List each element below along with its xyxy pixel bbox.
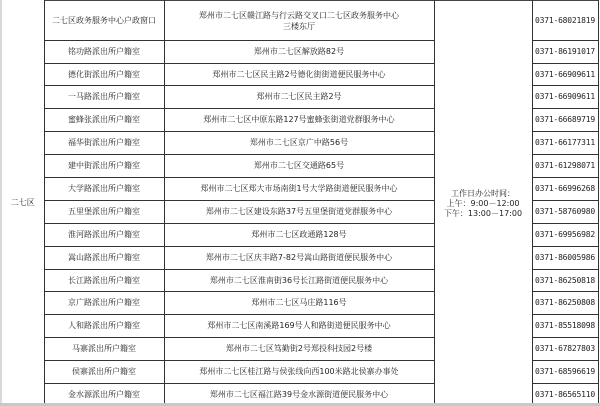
- station-name: 五里堡派出所户籍室: [68, 207, 140, 216]
- station-cell: 福华街派出所户籍室: [44, 132, 164, 155]
- table-row: 二七区二七区政务服务中心户政窗口郑州市二七区赣江路与行云路交叉口二七区政务服务中…: [2, 1, 598, 41]
- station-name: 京广路派出所户籍室: [68, 298, 140, 307]
- phone-cell: 0371-86250818: [532, 270, 598, 292]
- phone-number: 0371-86191017: [535, 47, 595, 56]
- address-cell: 郑州市二七区民主路2号德化街街道便民服务中心: [164, 64, 434, 86]
- address-cell: 郑州市二七区京广中路56号: [164, 132, 434, 155]
- phone-number: 0371-66996268: [535, 184, 595, 193]
- address-cell: 郑州市二七区建设东路37号五里堡街道党群服务中心: [164, 201, 434, 224]
- phone-cell: 0371-68596619: [532, 361, 598, 384]
- address-cell: 郑州市二七区政通路128号: [164, 224, 434, 247]
- district-name: 二七区: [11, 198, 35, 207]
- station-cell: 蜜蜂张派出所户籍室: [44, 109, 164, 132]
- station-cell: 人和路派出所户籍室: [44, 315, 164, 338]
- address-cell: 郑州市二七区南溪路169号人和路街道便民服务中心: [164, 315, 434, 338]
- address-text: 郑州市二七区桂江路与侯张线向西100米路北侯寨办事处: [199, 367, 398, 376]
- phone-number: 0371-69956982: [535, 230, 595, 239]
- station-cell: 嵩山路派出所户籍室: [44, 247, 164, 270]
- phone-number: 0371-68596619: [535, 367, 595, 376]
- phone-number: 0371-66689719: [535, 115, 595, 124]
- phone-cell: 0371-85518098: [532, 315, 598, 338]
- phone-cell: 0371-68021819: [532, 1, 598, 41]
- phone-number: 0371-86250818: [535, 276, 595, 285]
- phone-cell: 0371-61298071: [532, 155, 598, 178]
- phone-number: 0371-86565110: [535, 390, 595, 399]
- address-text: 郑州市二七区庆丰路7-82号嵩山路街道便民服务中心: [206, 253, 392, 262]
- phone-cell: 0371-66177311: [532, 132, 598, 155]
- station-cell: 京广路派出所户籍室: [44, 292, 164, 315]
- office-hours-morning: 上午：9:00－12:00: [435, 199, 532, 209]
- address-cell: 郑州市二七区郑大市场南街1号大学路街道便民服务中心: [164, 178, 434, 201]
- phone-number: 0371-86005986: [535, 253, 595, 262]
- station-cell: 淮河路派出所户籍室: [44, 224, 164, 247]
- station-name: 二七区政务服务中心户政窗口: [52, 16, 156, 25]
- address-text: 郑州市二七区马庄路116号: [251, 298, 346, 307]
- station-name: 人和路派出所户籍室: [68, 321, 140, 330]
- phone-cell: 0371-66909611: [532, 64, 598, 86]
- phone-number: 0371-66909611: [535, 92, 595, 101]
- phone-cell: 0371-86250808: [532, 292, 598, 315]
- address-cell: 郑州市二七区民主路2号: [164, 86, 434, 109]
- address-cell: 郑州市二七区解放路82号: [164, 41, 434, 64]
- phone-cell: 0371-86191017: [532, 41, 598, 64]
- phone-cell: 0371-66689719: [532, 109, 598, 132]
- station-cell: 二七区政务服务中心户政窗口: [44, 1, 164, 41]
- station-name: 长江路派出所户籍室: [68, 276, 140, 285]
- phone-number: 0371-61298071: [535, 161, 595, 170]
- station-cell: 侯寨派出所户籍室: [44, 361, 164, 384]
- phone-number: 0371-58760980: [535, 207, 595, 216]
- phone-number: 0371-67827803: [535, 344, 595, 353]
- station-cell: 铭功路派出所户籍室: [44, 41, 164, 64]
- phone-number: 0371-68021819: [535, 16, 595, 25]
- address-cell: 郑州市二七区交通路65号: [164, 155, 434, 178]
- station-name: 福华街派出所户籍室: [68, 138, 140, 147]
- station-name: 侯寨派出所户籍室: [72, 367, 136, 376]
- station-name: 铭功路派出所户籍室: [68, 47, 140, 56]
- phone-number: 0371-66177311: [535, 138, 595, 147]
- phone-cell: 0371-69956982: [532, 224, 598, 247]
- office-hours-cell: 工作日办公时间：上午：9:00－12:00下午：13:00－17:00: [434, 1, 532, 406]
- station-name: 金水源派出所户籍室: [68, 390, 140, 399]
- address-text: 郑州市二七区淮南街36号长江路街道便民服务中心: [210, 276, 388, 285]
- address-cell: 郑州市二七区马庄路116号: [164, 292, 434, 315]
- station-cell: 建中街派出所户籍室: [44, 155, 164, 178]
- station-name: 马寨派出所户籍室: [72, 344, 136, 353]
- address-text: 郑州市二七区建设东路37号五里堡街道党群服务中心: [206, 207, 392, 216]
- address-cell: 郑州市二七区庆丰路7-82号嵩山路街道便民服务中心: [164, 247, 434, 270]
- address-text: 郑州市二七区京广中路56号: [250, 138, 348, 147]
- address-cell: 郑州市二七区笃勤街2号郑投科技园2号楼: [164, 338, 434, 361]
- station-cell: 一马路派出所户籍室: [44, 86, 164, 109]
- office-hours-afternoon: 下午：13:00－17:00: [435, 209, 532, 219]
- address-text: 郑州市二七区福江路39号金水源街道便民服务中心: [210, 390, 388, 399]
- phone-cell: 0371-67827803: [532, 338, 598, 361]
- address-text: 郑州市二七区郑大市场南街1号大学路街道便民服务中心: [200, 184, 397, 193]
- address-line-2: 三楼东厅: [283, 22, 315, 31]
- station-cell: 德化街派出所户籍室: [44, 64, 164, 86]
- phone-cell: 0371-58760980: [532, 201, 598, 224]
- station-name: 德化街派出所户籍室: [68, 70, 140, 79]
- station-name: 一马路派出所户籍室: [68, 92, 140, 101]
- address-text: 郑州市二七区中原东路127号蜜蜂张街道党群服务中心: [203, 115, 394, 124]
- phone-cell: 0371-86005986: [532, 247, 598, 270]
- document-page: 二七区二七区政务服务中心户政窗口郑州市二七区赣江路与行云路交叉口二七区政务服务中…: [0, 0, 600, 406]
- phone-cell: 0371-66909611: [532, 86, 598, 109]
- station-cell: 马寨派出所户籍室: [44, 338, 164, 361]
- address-text: 郑州市二七区政通路128号: [251, 230, 346, 239]
- station-cell: 大学路派出所户籍室: [44, 178, 164, 201]
- station-cell: 长江路派出所户籍室: [44, 270, 164, 292]
- station-name: 大学路派出所户籍室: [68, 184, 140, 193]
- address-text: 郑州市二七区笃勤街2号郑投科技园2号楼: [226, 344, 372, 353]
- address-text: 郑州市二七区民主路2号德化街街道便民服务中心: [212, 70, 385, 79]
- address-cell: 郑州市二七区桂江路与侯张线向西100米路北侯寨办事处: [164, 361, 434, 384]
- address-cell: 郑州市二七区淮南街36号长江路街道便民服务中心: [164, 270, 434, 292]
- address-text: 郑州市二七区民主路2号: [256, 92, 341, 101]
- station-name: 建中街派出所户籍室: [68, 161, 140, 170]
- phone-number: 0371-85518098: [535, 321, 595, 330]
- office-hours-title: 工作日办公时间：: [435, 189, 532, 199]
- phone-cell: 0371-66996268: [532, 178, 598, 201]
- address-text: 郑州市二七区南溪路169号人和路街道便民服务中心: [207, 321, 390, 330]
- address-cell: 郑州市二七区中原东路127号蜜蜂张街道党群服务中心: [164, 109, 434, 132]
- station-name: 蜜蜂张派出所户籍室: [68, 115, 140, 124]
- station-name: 嵩山路派出所户籍室: [68, 253, 140, 262]
- address-text: 郑州市二七区交通路65号: [254, 161, 344, 170]
- address-line-1: 郑州市二七区赣江路与行云路交叉口二七区政务服务中心: [199, 11, 399, 20]
- district-cell: 二七区: [2, 1, 44, 406]
- household-registration-table: 二七区二七区政务服务中心户政窗口郑州市二七区赣江路与行云路交叉口二七区政务服务中…: [2, 0, 599, 406]
- address-cell: 郑州市二七区赣江路与行云路交叉口二七区政务服务中心三楼东厅: [164, 1, 434, 41]
- station-name: 淮河路派出所户籍室: [68, 230, 140, 239]
- phone-number: 0371-86250808: [535, 298, 595, 307]
- station-cell: 五里堡派出所户籍室: [44, 201, 164, 224]
- address-text: 郑州市二七区解放路82号: [254, 47, 344, 56]
- phone-number: 0371-66909611: [535, 70, 595, 79]
